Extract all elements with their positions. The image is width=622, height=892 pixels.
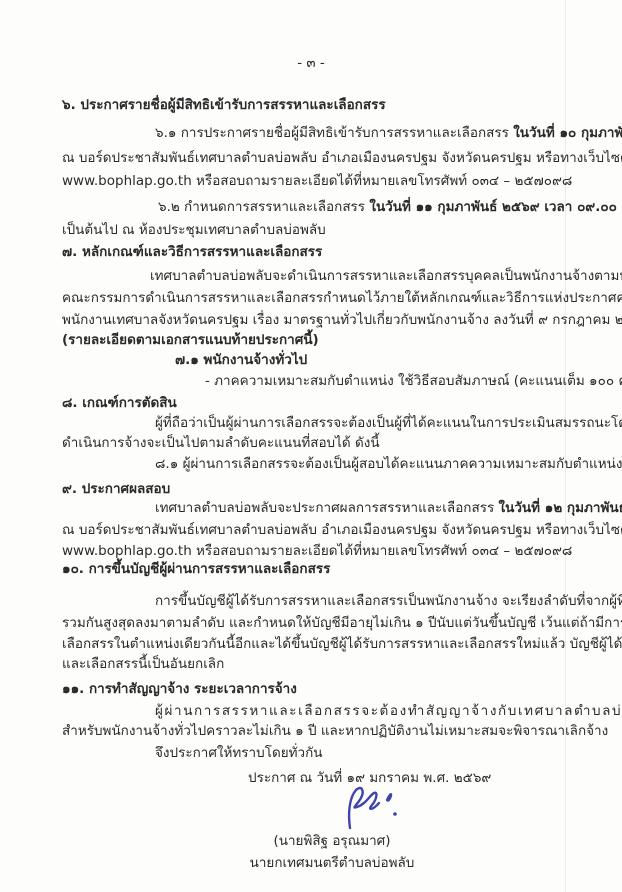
section-7-heading: ๗. หลักเกณฑ์และวิธีการสรรหาและเลือกสรร xyxy=(62,243,322,261)
item-6-1-line2: ณ บอร์ดประชาสัมพันธ์เทศบาลตำบลบ่อพลับ อำ… xyxy=(62,149,622,167)
item-6-1-date: ในวันที่ ๑๐ กุมภาพันธ์ ๒๕๖๙ xyxy=(513,125,622,141)
section-7-line4: (รายละเอียดตามเอกสารแนบท้ายประกาศนี้) xyxy=(62,331,319,349)
signature-stroke-main xyxy=(349,788,379,828)
item-6-1-line3: www.bophlap.go.th หรือสอบถามรายละเอียดได… xyxy=(62,172,572,190)
section-10-heading: ๑๐. การขึ้นบัญชีผู้ผ่านการสรรหาและเลือกส… xyxy=(62,560,330,578)
item-7-1-heading: ๗.๑ พนักงานจ้างทั่วไป xyxy=(175,351,307,369)
signature-dot xyxy=(393,812,397,816)
section-8-line2: ดำเนินการจ้างจะเป็นไปตามลำดับคะแนนที่สอบ… xyxy=(62,434,380,452)
section-7-line2: คณะกรรมการดำเนินการสรรหาและเลือกสรรกำหนด… xyxy=(62,289,622,307)
section-8-line1: ผู้ที่ถือว่าเป็นผู้ผ่านการเลือกสรรจะต้อง… xyxy=(155,414,622,432)
section-6-heading: ๖. ประกาศรายชื่อผู้มีสิทธิเข้ารับการสรรห… xyxy=(62,96,386,114)
section-11-heading: ๑๑. การทำสัญญาจ้าง ระยะเวลาการจ้าง xyxy=(62,680,297,698)
section-11-line1: ผู้ผ่านการสรรหาและเลือกสรรจะต้องทำสัญญาจ… xyxy=(155,702,622,720)
section-9-date: ในวันที่ ๑๒ กุมภาพันธ์ ๒๕๖๙ xyxy=(499,500,622,516)
signatory-title: นายกเทศมนตรีตำบลบ่อพลับ xyxy=(182,854,482,872)
section-9-heading: ๙. ประกาศผลสอบ xyxy=(62,480,170,498)
section-7-line1: เทศบาลตำบลบ่อพลับจะดำเนินการสรรหาและเลือ… xyxy=(150,267,622,285)
item-6-1-line1: ๖.๑ การประกาศรายชื่อผู้มีสิทธิเข้ารับการ… xyxy=(155,124,622,142)
item-6-1-text: ๖.๑ การประกาศรายชื่อผู้มีสิทธิเข้ารับการ… xyxy=(155,125,513,141)
section-8-heading: ๘. เกณฑ์การตัดสิน xyxy=(62,394,177,412)
item-7-1-detail: - ภาคความเหมาะสมกับตำแหน่ง ใช้วิธีสอบสัม… xyxy=(205,372,622,390)
item-6-2-text: ๖.๒ กำหนดการสรรหาและเลือกสรร xyxy=(158,199,369,215)
section-9-line2: ณ บอร์ดประชาสัมพันธ์เทศบาลตำบลบ่อพลับ อำ… xyxy=(62,521,622,539)
section-10-line4: และเลือกสรรนี้เป็นอันยกเลิก xyxy=(62,655,224,673)
document-page: - ๓ - ๖. ประกาศรายชื่อผู้มีสิทธิเข้ารับก… xyxy=(0,0,622,892)
signature-ink-icon xyxy=(336,784,412,834)
section-11-line2: สำหรับพนักงานจ้างทั่วไปคราวละไม่เกิน ๑ ป… xyxy=(62,722,608,740)
section-9-text: เทศบาลตำบลบ่อพลับจะประกาศผลการสรรหาและเล… xyxy=(155,500,499,516)
section-10-line3: เลือกสรรในตำแหน่งเดียวกันนี้อีกและได้ขึ้… xyxy=(62,635,622,653)
item-8-1-line: ๘.๑ ผู้ผ่านการเลือกสรรจะต้องเป็นผู้สอบได… xyxy=(155,455,622,473)
section-7-line3: พนักงานเทศบาลจังหวัดนครปฐม เรื่อง มาตรฐา… xyxy=(62,311,622,329)
item-6-2-line2: เป็นต้นไป ณ ห้องประชุมเทศบาลตำบลบ่อพลับ xyxy=(62,221,326,239)
item-6-2-date: ในวันที่ ๑๑ กุมภาพันธ์ ๒๕๖๙ เวลา ๐๙.๐๐ น… xyxy=(369,199,622,215)
section-10-line1: การขึ้นบัญชีผู้ได้รับการสรรหาและเลือกสรร… xyxy=(155,592,622,610)
signatory-name: (นายพิสิฐ อรุณมาศ) xyxy=(182,832,482,850)
section-9-line1: เทศบาลตำบลบ่อพลับจะประกาศผลการสรรหาและเล… xyxy=(155,499,622,517)
signature-stroke-tick xyxy=(387,794,391,801)
item-6-2-line1: ๖.๒ กำหนดการสรรหาและเลือกสรร ในวันที่ ๑๑… xyxy=(158,198,622,216)
closing-statement: จึงประกาศให้ทราบโดยทั่วกัน xyxy=(155,744,323,762)
section-10-line2: รวมกันสูงสุดลงมาตามลำดับ และกำหนดให้บัญช… xyxy=(62,614,622,632)
section-9-line3: www.bophlap.go.th หรือสอบถามรายละเอียดได… xyxy=(62,542,572,560)
page-number: - ๓ - xyxy=(0,54,622,72)
